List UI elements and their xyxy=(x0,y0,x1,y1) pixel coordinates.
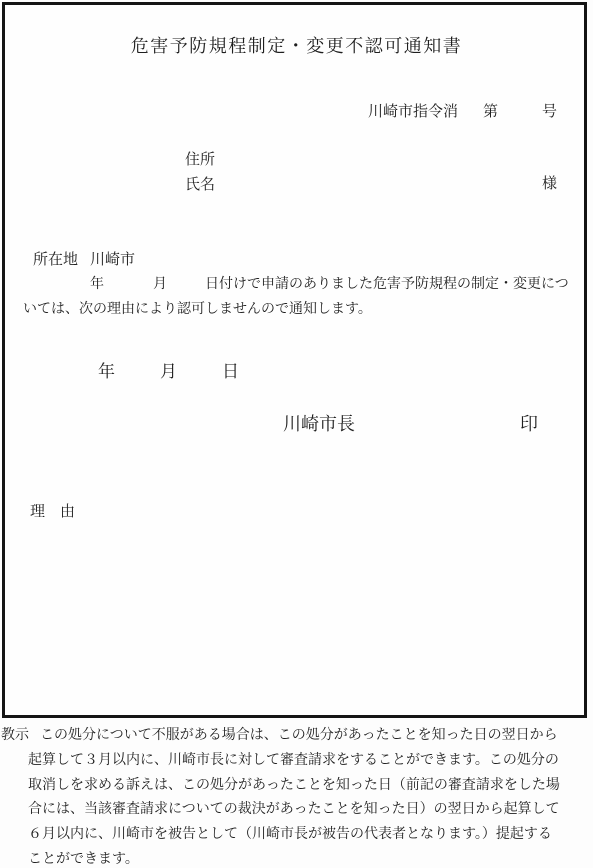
reference-number-suffix: 号 xyxy=(542,104,557,121)
recipient-honorific: 様 xyxy=(542,176,557,193)
notice-label: 教示 xyxy=(1,728,29,743)
location-line: 所在地川崎市 xyxy=(33,252,135,269)
body-date-month-label: 月 xyxy=(153,277,167,293)
notice-line: ことができます。 xyxy=(28,852,139,868)
notice-line: ６月以内に、川崎市を被告として（川崎市長が被告の代表者となります。）提起する xyxy=(28,827,552,843)
date-month-label: 月 xyxy=(160,362,177,382)
recipient-name-label: 氏名 xyxy=(185,177,215,194)
date-year-label: 年 xyxy=(98,362,115,382)
notice-line: 起算して３月以内に、川崎市長に対して審査請求をすることができます。この処分の xyxy=(28,753,559,769)
document-border-box xyxy=(2,2,587,718)
document-page: 危害予防規程制定・変更不認可通知書 川崎市指令消 第 号 住所 氏名 様 所在地… xyxy=(0,0,593,868)
recipient-address-label: 住所 xyxy=(185,152,215,169)
document-title: 危害予防規程制定・変更不認可通知書 xyxy=(0,36,593,57)
date-day-label: 日 xyxy=(222,362,239,382)
notice-line-text: この処分について不服がある場合は、この処分があったことを知った日の翌日から xyxy=(40,728,558,743)
location-label: 所在地 xyxy=(33,252,78,268)
body-line-1: 日付けで申請のありました危害予防規程の制定・変更につ xyxy=(205,277,569,293)
location-value: 川崎市 xyxy=(90,252,135,268)
reference-issuer: 川崎市指令消 xyxy=(368,104,458,121)
mayor-signature-title: 川崎市長 xyxy=(283,414,355,435)
notice-line: 合には、当該審査請求についての裁決があったことを知った日）の翌日から起算して xyxy=(28,802,560,818)
body-line-2: いては、次の理由により認可しませんので通知します。 xyxy=(23,302,372,318)
notice-line: 取消しを求める訴えは、この処分があったことを知った日（前記の審査請求をした場 xyxy=(28,778,560,794)
body-date-year-label: 年 xyxy=(90,277,104,293)
seal-mark: 印 xyxy=(520,414,538,435)
reference-number-prefix: 第 xyxy=(483,104,498,121)
reason-label: 理 由 xyxy=(30,504,75,521)
notice-line: 教示この処分について不服がある場合は、この処分があったことを知った日の翌日から xyxy=(1,728,558,744)
